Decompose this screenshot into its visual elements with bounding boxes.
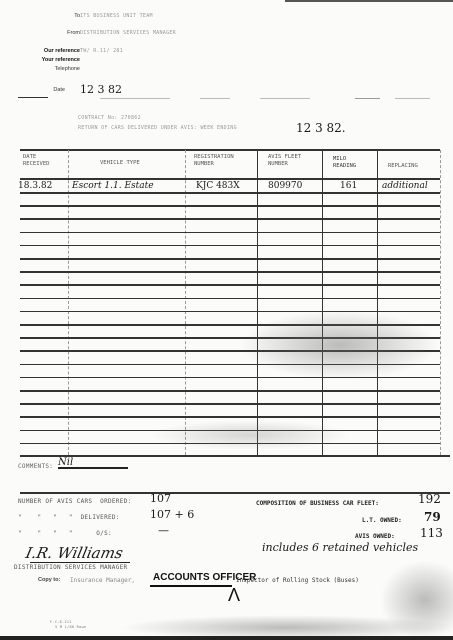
to-label: To xyxy=(20,13,80,19)
comments-bottom-rule xyxy=(20,492,450,494)
caret-mark-icon: Λ xyxy=(228,585,240,606)
fleet-note: includes 6 retained vehicles xyxy=(262,541,418,554)
comments-strike xyxy=(58,467,128,469)
signature-underline xyxy=(30,562,130,563)
composition-value: 192 xyxy=(418,492,441,506)
signature: I.R. Williams xyxy=(24,544,125,562)
dotted-rule xyxy=(395,98,430,99)
comments-top-rule xyxy=(20,455,450,457)
row-rule xyxy=(20,271,440,273)
column-header-avis-fleet: AVIS FLEET NUMBER xyxy=(268,154,301,168)
top-border xyxy=(285,0,453,2)
date-label: Date xyxy=(5,87,65,93)
copy-to-label: Copy to: xyxy=(38,577,60,583)
our-reference-value: TW/ R.11/ 281 xyxy=(80,48,123,54)
to-value: ITS BUSINESS UNIT TEAM xyxy=(80,13,153,19)
column-divider xyxy=(185,150,186,455)
column-header-vehicle-type: VEHICLE TYPE xyxy=(100,160,140,167)
ordered-label: NUMBER OF AVIS CARS ORDERED: xyxy=(18,498,131,505)
dotted-rule xyxy=(260,98,310,99)
date-underline xyxy=(18,97,48,98)
from-value: DISTRIBUTION SERVICES MANAGER xyxy=(80,30,176,36)
week-ending-value: 12 3 82. xyxy=(296,121,346,135)
dotted-rule xyxy=(200,98,230,99)
column-divider xyxy=(322,150,323,455)
cell-registration: KJC 483X xyxy=(196,181,240,191)
form-code-line1: F.C.6.211 xyxy=(50,620,72,624)
column-divider xyxy=(440,150,441,455)
row-rule xyxy=(20,258,440,260)
copy-recipient-inspector: Inspector of Rolling Stock (Buses) xyxy=(236,577,359,584)
cell-fleet-number: 809970 xyxy=(268,181,302,191)
copy-recipient-insurance: Insurance Manager, xyxy=(70,577,135,584)
telephone-label: Telephone xyxy=(5,66,80,72)
header-bottom-rule xyxy=(20,178,440,180)
row-rule xyxy=(20,416,440,418)
delivered-value: 107 + 6 xyxy=(150,508,194,521)
cell-date: 18.3.82 xyxy=(18,181,52,191)
row-rule xyxy=(20,284,440,286)
lt-owned-label: L.T. OWNED: xyxy=(362,517,402,524)
return-title: RETURN OF CARS DELIVERED UNDER AVIS: WEE… xyxy=(78,125,237,131)
cell-vehicle-type: Escort 1.1. Estate xyxy=(72,181,154,191)
avis-owned-label: AVIS OWNED: xyxy=(355,533,395,540)
column-divider xyxy=(257,150,258,455)
accounts-officer-underline xyxy=(150,585,232,587)
bottom-edge xyxy=(0,636,453,640)
column-header-date-received: DATE RECEIVED xyxy=(23,154,50,168)
row-rule xyxy=(20,245,440,247)
column-header-registration: REGISTRATION NUMBER xyxy=(194,154,234,168)
form-code-line2: 5 M 1/80 Rowe xyxy=(55,625,86,629)
comments-label: COMMENTS: xyxy=(18,463,53,470)
os-value: — xyxy=(158,524,169,537)
delivered-label: " " " " DELIVERED: xyxy=(18,514,120,521)
date-value: 12 3 82 xyxy=(80,83,122,96)
stain xyxy=(240,310,440,380)
composition-label: COMPOSITION OF BUSINESS CAR FLEET: xyxy=(256,500,379,507)
column-divider xyxy=(68,150,69,455)
row-rule xyxy=(20,205,440,207)
row-rule xyxy=(20,192,440,194)
lt-owned-value: 79 xyxy=(424,510,441,524)
row-rule xyxy=(20,403,440,405)
row-rule xyxy=(20,232,440,234)
dotted-rule xyxy=(100,98,170,99)
our-reference-label: Our reference xyxy=(5,48,80,54)
row-rule xyxy=(20,390,440,392)
dotted-rule xyxy=(355,98,380,99)
your-reference-label: Your reference xyxy=(5,57,80,63)
row-rule xyxy=(20,298,440,300)
cell-replacing: additional xyxy=(382,181,428,191)
row-rule xyxy=(20,218,440,220)
from-label: From xyxy=(20,30,80,36)
avis-owned-value: 113 xyxy=(420,526,443,540)
ordered-value: 107 xyxy=(150,492,171,505)
stain xyxy=(150,420,350,450)
os-label: " " " " O/S: xyxy=(18,530,112,537)
column-divider xyxy=(377,150,378,455)
cell-milo-reading: 161 xyxy=(340,181,357,191)
contract-number: CONTRACT No: 270862 xyxy=(78,115,141,121)
column-header-replacing: REPLACING xyxy=(388,163,418,170)
signatory-title: DISTRIBUTION SERVICES MANAGER xyxy=(14,564,127,571)
column-header-milo-reading: MILO READING xyxy=(333,156,356,170)
